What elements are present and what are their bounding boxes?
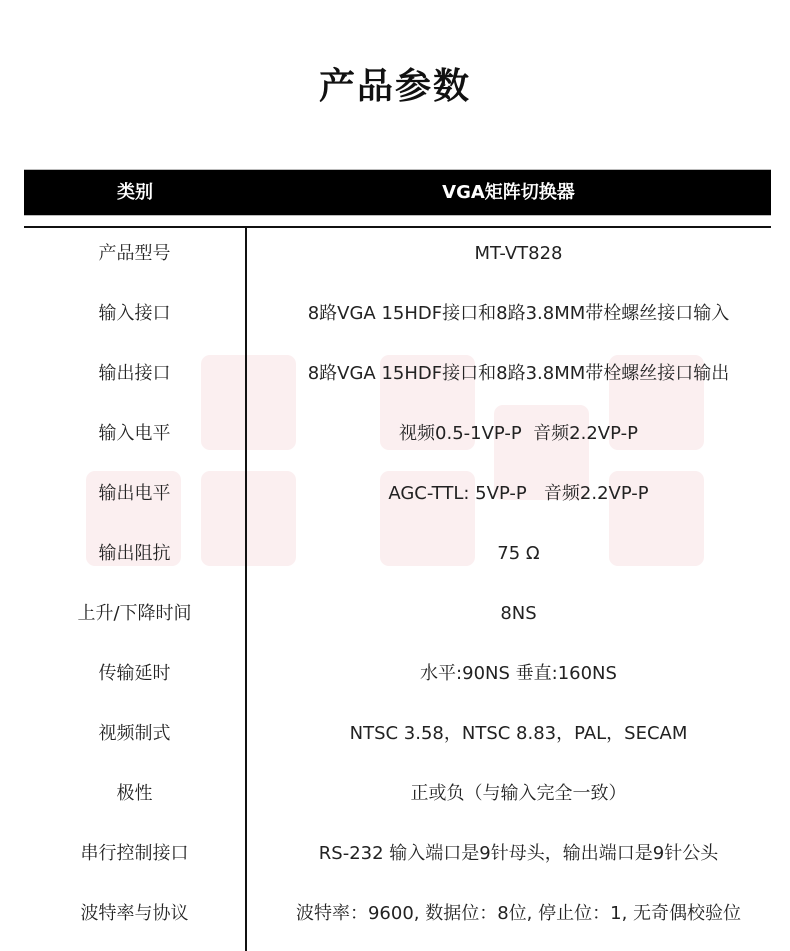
spec-value: 8路VGA 15HDF接口和8路3.8MM带栓螺丝接口输入 xyxy=(247,284,790,344)
spec-label: 输出接口 xyxy=(24,344,245,404)
spec-label: 输入电平 xyxy=(24,404,245,464)
table-row: 输出接口 8路VGA 15HDF接口和8路3.8MM带栓螺丝接口输出 xyxy=(0,344,790,404)
spec-label: 波特率与协议 xyxy=(24,884,245,944)
spec-value: AGC-TTL: 5VP-P 音频2.2VP-P xyxy=(247,464,790,524)
table-row: 极性 正或负（与输入完全一致） xyxy=(0,764,790,824)
table-row: 输出阻抗 75 Ω xyxy=(0,524,790,584)
page-title: 产品参数 xyxy=(0,58,790,109)
spec-value: NTSC 3.58，NTSC 8.83，PAL，SECAM xyxy=(247,704,790,764)
spec-table: 产品型号 MT-VT828 输入接口 8路VGA 15HDF接口和8路3.8MM… xyxy=(0,224,790,944)
table-row: 上升/下降时间 8NS xyxy=(0,584,790,644)
spec-value: 正或负（与输入完全一致） xyxy=(247,764,790,824)
spec-value: 视频0.5-1VP-P 音频2.2VP-P xyxy=(247,404,790,464)
spec-label: 极性 xyxy=(24,764,245,824)
spec-value: 75 Ω xyxy=(247,524,790,584)
spec-label: 输出阻抗 xyxy=(24,524,245,584)
table-header: 类别 VGA矩阵切换器 xyxy=(24,169,771,216)
table-row: 输入电平 视频0.5-1VP-P 音频2.2VP-P xyxy=(0,404,790,464)
spec-label: 视频制式 xyxy=(24,704,245,764)
table-row: 输入接口 8路VGA 15HDF接口和8路3.8MM带栓螺丝接口输入 xyxy=(0,284,790,344)
spec-value: MT-VT828 xyxy=(247,224,790,284)
spec-value: 波特率：9600, 数据位：8位, 停止位：1, 无奇偶校验位 xyxy=(247,884,790,944)
spec-value: RS-232 输入端口是9针母头，输出端口是9针公头 xyxy=(247,824,790,884)
table-row: 输出电平 AGC-TTL: 5VP-P 音频2.2VP-P xyxy=(0,464,790,524)
spec-value: 8路VGA 15HDF接口和8路3.8MM带栓螺丝接口输出 xyxy=(247,344,790,404)
header-product-name: VGA矩阵切换器 xyxy=(246,170,771,215)
spec-label: 输出电平 xyxy=(24,464,245,524)
table-row: 视频制式 NTSC 3.58，NTSC 8.83，PAL，SECAM xyxy=(0,704,790,764)
spec-label: 串行控制接口 xyxy=(24,824,245,884)
spec-label: 传输延时 xyxy=(24,644,245,704)
spec-label: 产品型号 xyxy=(24,224,245,284)
table-row: 串行控制接口 RS-232 输入端口是9针母头，输出端口是9针公头 xyxy=(0,824,790,884)
spec-label: 输入接口 xyxy=(24,284,245,344)
table-row: 产品型号 MT-VT828 xyxy=(0,224,790,284)
spec-label: 上升/下降时间 xyxy=(24,584,245,644)
spec-value: 8NS xyxy=(247,584,790,644)
table-row: 传输延时 水平:90NS 垂直:160NS xyxy=(0,644,790,704)
table-row: 波特率与协议 波特率：9600, 数据位：8位, 停止位：1, 无奇偶校验位 xyxy=(0,884,790,944)
header-category: 类别 xyxy=(24,170,246,215)
spec-value: 水平:90NS 垂直:160NS xyxy=(247,644,790,704)
